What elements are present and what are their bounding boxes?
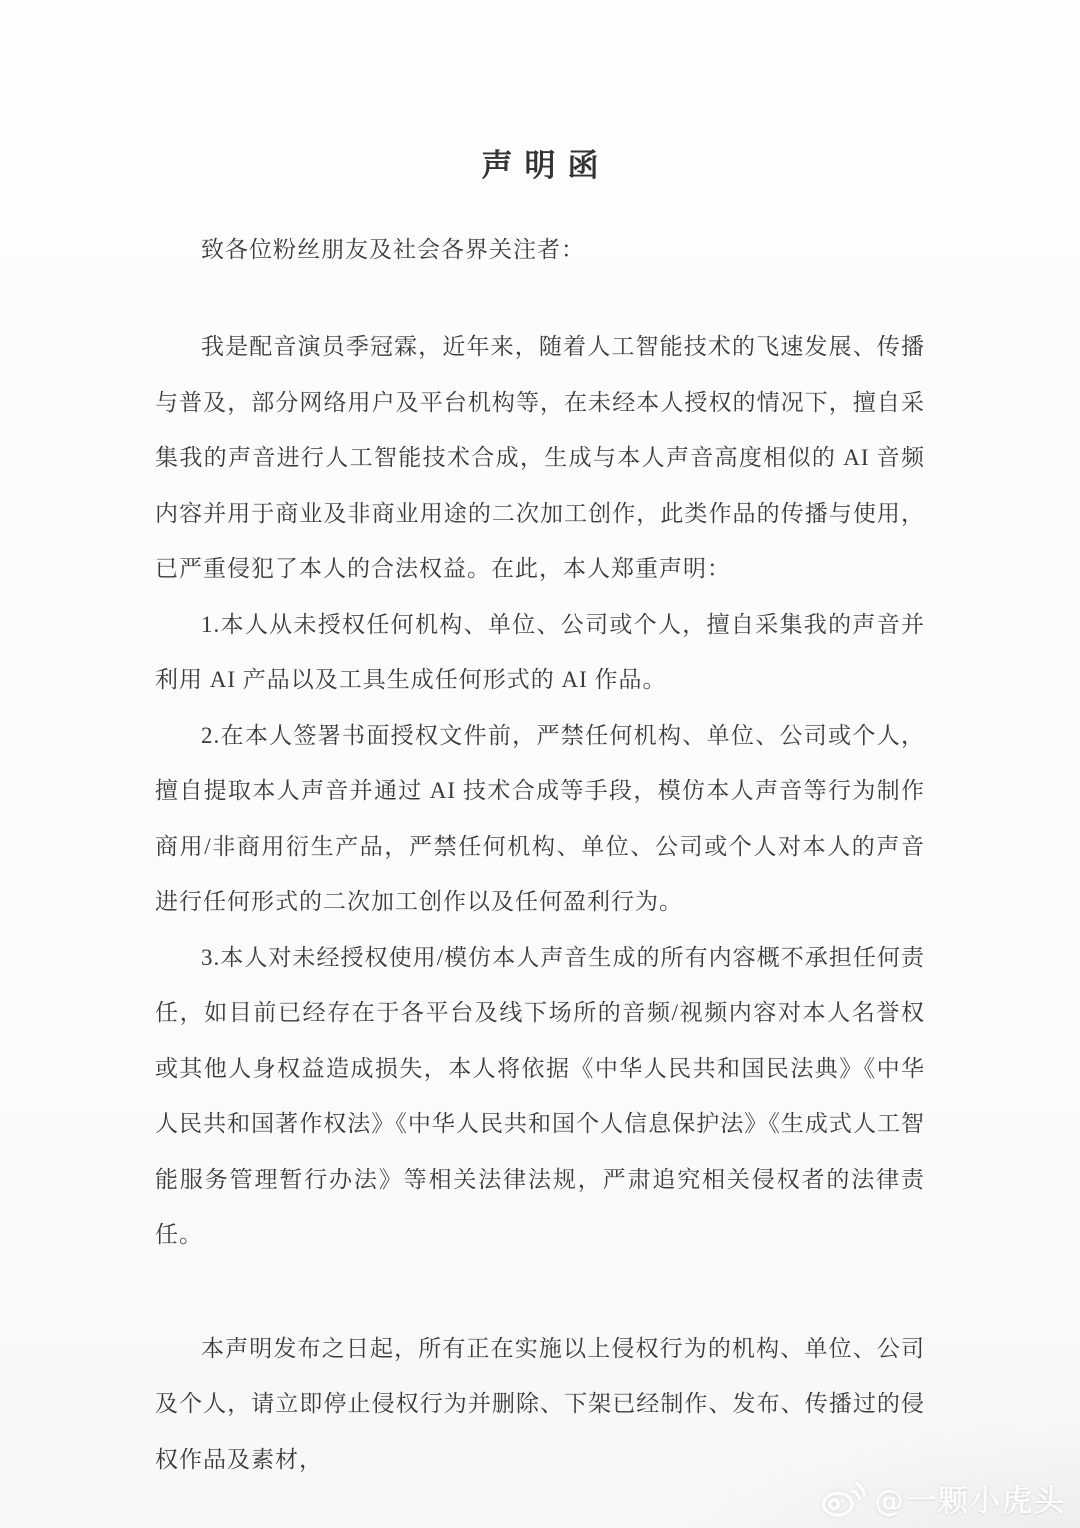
salutation-line: 致各位粉丝朋友及社会各界关注者： [155, 233, 925, 267]
statement-item-3: 3.本人对未经授权使用/模仿本人声音生成的所有内容概不承担任何责任，如目前已经存… [155, 930, 925, 1263]
statement-body: 我是配音演员季冠霖，近年来，随着人工智能技术的飞速发展、传播与普及，部分网络用户… [155, 319, 925, 1487]
document-content: 声明函 致各位粉丝朋友及社会各界关注者： 我是配音演员季冠霖，近年来，随着人工智… [0, 0, 1080, 1487]
watermark-handle: @一颗小虎头 [874, 1476, 1066, 1520]
weibo-watermark: @一颗小虎头 [821, 1476, 1066, 1520]
document-page: 声明函 致各位粉丝朋友及社会各界关注者： 我是配音演员季冠霖，近年来，随着人工智… [0, 0, 1080, 1528]
closing-paragraph: 本声明发布之日起，所有正在实施以上侵权行为的机构、单位、公司及个人，请立即停止侵… [155, 1321, 925, 1488]
statement-item-1: 1.本人从未授权任何机构、单位、公司或个人，擅自采集我的声音并利用 AI 产品以… [155, 597, 925, 708]
weibo-eye-icon [821, 1479, 867, 1517]
statement-intro-paragraph: 我是配音演员季冠霖，近年来，随着人工智能技术的飞速发展、传播与普及，部分网络用户… [155, 319, 925, 597]
statement-item-2: 2.在本人签署书面授权文件前，严禁任何机构、单位、公司或个人，擅自提取本人声音并… [155, 708, 925, 930]
document-title: 声明函 [155, 0, 925, 185]
